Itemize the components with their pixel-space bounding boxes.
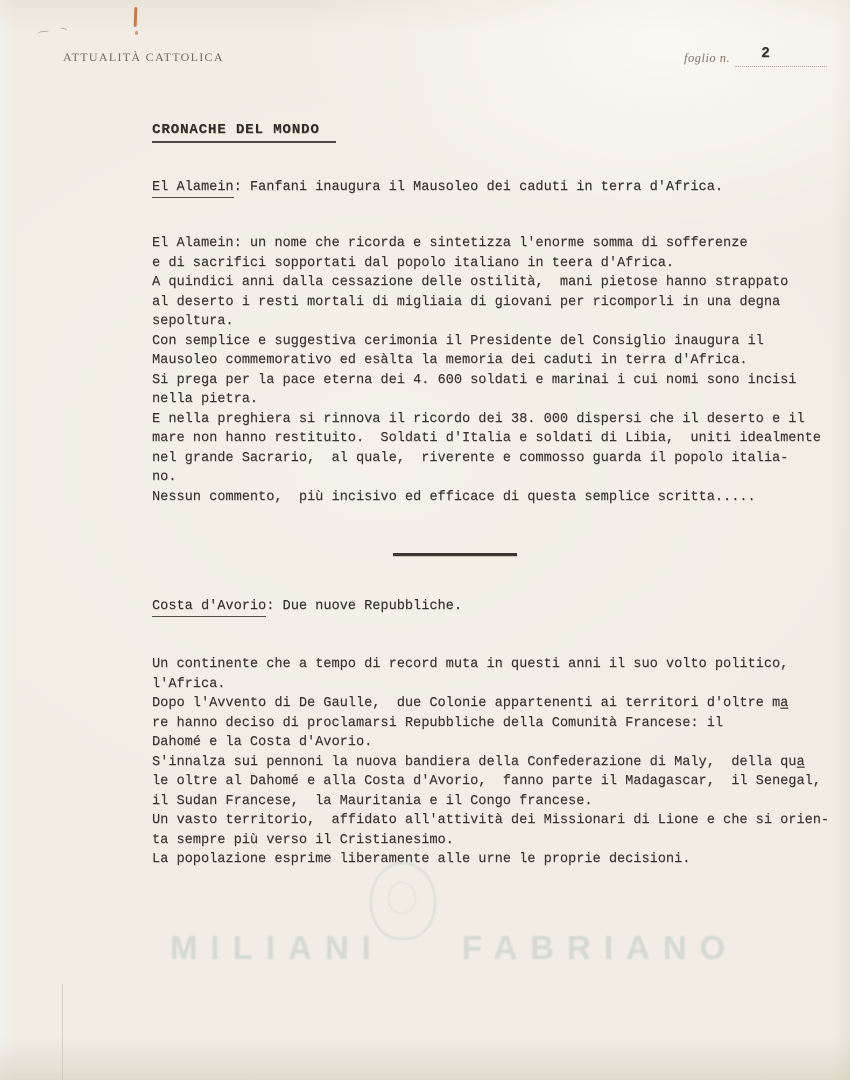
article-heading-rest: : Due nuove Repubbliche. xyxy=(266,599,462,614)
document-page: ATTUALITÀ CATTOLICA foglio n.2 CRONACHE … xyxy=(0,0,850,1080)
section-title-text: CRONACHE DEL MONDO xyxy=(152,122,336,143)
section-title: CRONACHE DEL MONDO xyxy=(152,120,336,143)
watermark-text-right: FABRIANO xyxy=(462,929,738,967)
watermark-text-left: MILIANI xyxy=(170,929,384,967)
article-body-el-alamein: El Alamein: un nome che ricorda e sintet… xyxy=(152,234,846,507)
folio-number: 2 xyxy=(761,46,770,62)
red-ink-mark xyxy=(134,7,138,27)
folio-field: foglio n.2 xyxy=(684,49,827,67)
article-heading-costa-avorio: Costa d'Avorio: Due nuove Repubbliche. xyxy=(152,597,462,617)
article-heading-label: El Alamein xyxy=(152,180,234,198)
article-heading-el-alamein: El Alamein: Fanfani inaugura il Mausoleo… xyxy=(152,178,723,198)
watermark-emblem-inner xyxy=(388,882,416,914)
folio-label: foglio n. xyxy=(684,51,730,65)
pencil-mark xyxy=(59,27,67,34)
section-divider xyxy=(393,553,517,556)
red-ink-dot xyxy=(135,31,138,35)
article-body-costa-avorio: Un continente che a tempo di record muta… xyxy=(152,655,846,870)
pencil-mark xyxy=(38,30,50,36)
publication-name: ATTUALITÀ CATTOLICA xyxy=(63,50,224,65)
article-heading-label: Costa d'Avorio xyxy=(152,599,266,617)
folio-dotted-line: 2 xyxy=(735,49,827,67)
article-heading-rest: : Fanfani inaugura il Mausoleo dei cadut… xyxy=(234,180,723,195)
paper-crease xyxy=(62,984,63,1080)
